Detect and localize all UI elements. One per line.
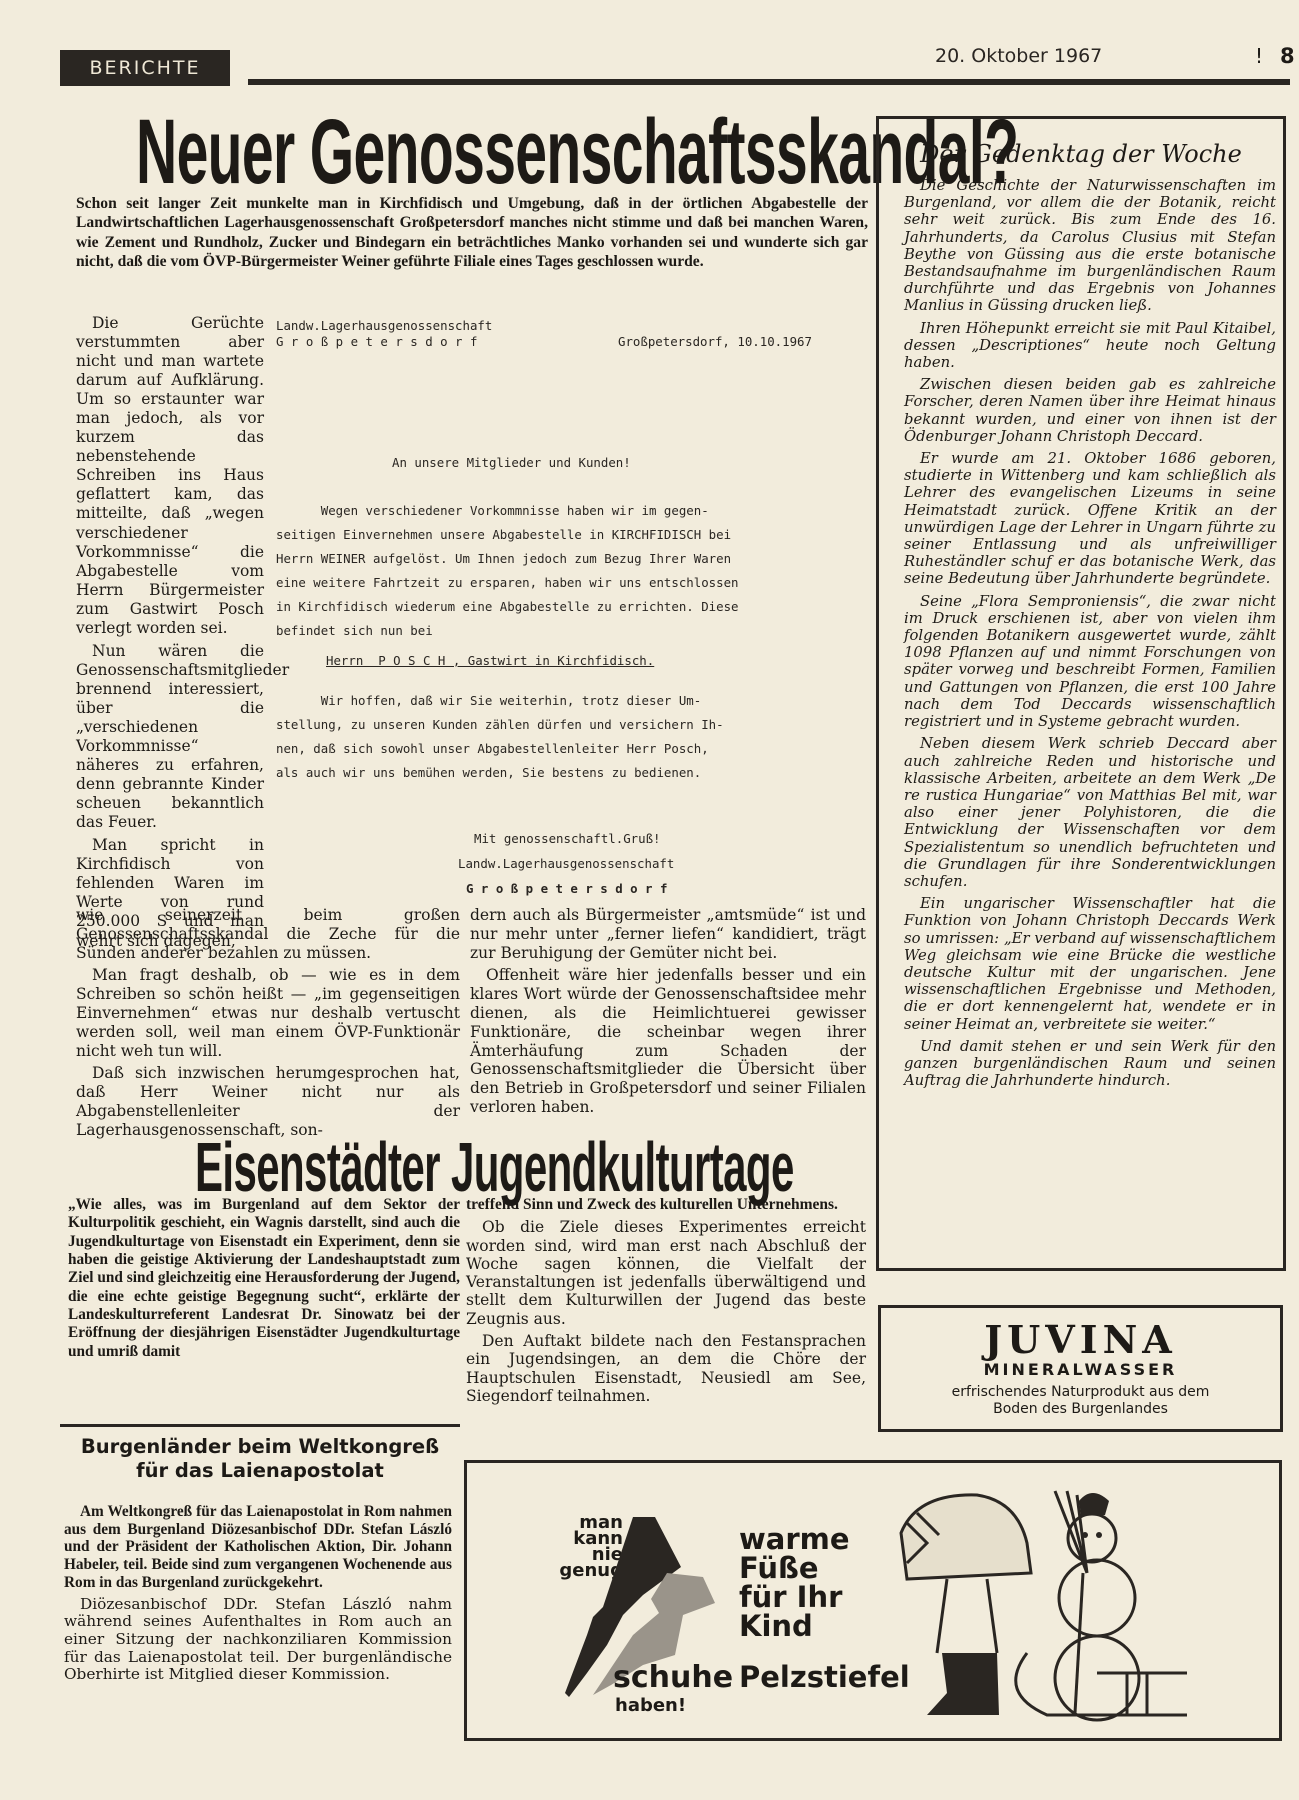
paragraph: Diözesanbischof DDr. Stefan László nahm … (64, 1596, 452, 1685)
ad-slogan-end: haben! (615, 1695, 686, 1716)
letter-line: befindet sich nun bei (276, 623, 433, 638)
headline-line: für Ihr (739, 1583, 850, 1612)
letter-line: eine weitere Fahrtzeit zu ersparen, habe… (276, 575, 739, 590)
headline-line: warme (739, 1525, 850, 1554)
letter-line: als auch wir uns bemühen werden, Sie bes… (276, 765, 701, 780)
paragraph: wie seinerzeit beim großen Genossenschaf… (76, 906, 460, 962)
article-lead: Schon seit langer Zeit munkelte man in K… (76, 194, 868, 271)
advertisement-shoes: man kann nie genug schuhe haben! warme F… (464, 1460, 1282, 1741)
article-lead: „Wie alles, was im Burgenland auf dem Se… (68, 1196, 460, 1361)
article-column-left: wie seinerzeit beim großen Genossenschaf… (76, 906, 460, 1144)
paragraph: Zwischen diesen beiden gab es zahlreiche… (904, 376, 1276, 445)
header-rule (248, 79, 1290, 85)
ad-brand: JUVINA (881, 1320, 1280, 1360)
article-headline: Burgenländer beim Weltkongreß für das La… (60, 1435, 460, 1483)
letter-sender: Landw.Lagerhausgenossenschaft (276, 318, 492, 333)
letter-line: nen, daß sich sowohl unser Abgabestellen… (276, 741, 709, 756)
ad-tagline: erfrischendes Naturprodukt aus dem Boden… (881, 1384, 1280, 1418)
ad-headline: warme Füße für Ihr Kind (739, 1525, 850, 1641)
child-sled-snowman-illustration-icon (887, 1483, 1207, 1723)
letter-line: in Kirchfidisch wiederum eine Abgabestel… (276, 599, 739, 614)
article-column-right: dern auch als Bürgermeister „amtsmüde“ i… (470, 906, 866, 1121)
ad-tagline-line: erfrischendes Naturprodukt aus dem (881, 1384, 1280, 1401)
paragraph: Den Auftakt bildete nach den Festansprac… (466, 1332, 866, 1405)
paragraph: Man fragt deshalb, ob — wie es in dem Sc… (76, 966, 460, 1060)
paragraph: Am Weltkongreß für das Laienapostolat in… (64, 1503, 452, 1592)
letter-line: stellung, zu unseren Kunden zählen dürfe… (276, 717, 724, 732)
page-number: 8 (1280, 44, 1295, 68)
paragraph: Nun wären die Genossenschaftsmitglieder … (76, 642, 264, 832)
article-column-right: treffend Sinn und Zweck des kulturellen … (466, 1196, 866, 1409)
article-headline: Eisenstädter Jugendkulturtage (195, 1127, 794, 1207)
letter-line: Wir hoffen, daß wir Sie weiterhin, trotz… (276, 693, 701, 708)
paragraph: dern auch als Bürgermeister „amtsmüde“ i… (470, 906, 866, 962)
paragraph: Ob die Ziele dieses Experimentes erreich… (466, 1218, 866, 1328)
section-tag: BERICHTE (60, 50, 230, 86)
section-divider (60, 1424, 460, 1427)
advertisement-juvina: JUVINA MINERALWASSER erfrischendes Natur… (878, 1305, 1283, 1432)
paragraph: Ihren Höhepunkt erreicht sie mit Paul Ki… (904, 320, 1276, 372)
paragraph: Neben diesem Werk schrieb Deccard aber a… (904, 735, 1276, 890)
paragraph: Er wurde am 21. Oktober 1686 geboren, st… (904, 450, 1276, 588)
letter-line: seitigen Einvernehmen unsere Abgabestell… (276, 527, 731, 542)
issue-date: 20. Oktober 1967 (935, 45, 1102, 67)
paragraph: treffend Sinn und Zweck des kulturellen … (466, 1196, 866, 1214)
paragraph: Die Geschichte der Naturwissenschaften i… (904, 177, 1276, 315)
letter-highlight: Herrn P O S C H , Gastwirt in Kirchfidis… (326, 653, 654, 668)
ad-product: Pelzstiefel (739, 1663, 910, 1692)
letter-line: Wegen verschiedener Vorkommnisse haben w… (276, 503, 709, 518)
headline-line: Füße (739, 1554, 850, 1583)
ad-slogan-big: schuhe (613, 1663, 733, 1692)
letter-place-date: Großpetersdorf, 10.10.1967 (618, 334, 812, 349)
ad-product: MINERALWASSER (881, 1360, 1280, 1380)
letter-signature-town: G r o ß p e t e r s d o r f (466, 881, 667, 896)
letter-closing: Mit genossenschaftl.Gruß! (474, 831, 661, 846)
letter-signature: Landw.Lagerhausgenossenschaft (458, 856, 674, 871)
letter-sender-town: G r o ß p e t e r s d o r f (276, 334, 477, 349)
headline-line: Burgenländer beim Weltkongreß (60, 1435, 460, 1459)
article-narrow-column: Die Gerüchte verstummten aber nicht und … (76, 314, 264, 955)
gedenktag-title: Der Gedenktag der Woche (876, 140, 1286, 168)
page-mark: ! (1255, 44, 1263, 68)
gedenktag-body: Die Geschichte der Naturwissenschaften i… (904, 177, 1276, 1094)
article-body: Am Weltkongreß für das Laienapostolat in… (64, 1503, 452, 1688)
letter-salutation: An unsere Mitglieder und Kunden! (392, 455, 631, 470)
paragraph: Offenheit wäre hier jedenfalls besser un… (470, 966, 866, 1116)
paragraph: Die Gerüchte verstummten aber nicht und … (76, 314, 264, 638)
letter-line: Herrn WEINER aufgelöst. Um Ihnen jedoch … (276, 551, 731, 566)
paragraph: Ein ungarischer Wissenschaftler hat die … (904, 895, 1276, 1033)
headline-line: für das Laienapostolat (60, 1459, 460, 1483)
paragraph: Seine „Flora Semproniensis“, die zwar ni… (904, 593, 1276, 731)
paragraph: Und damit stehen er und sein Werk für de… (904, 1038, 1276, 1090)
ad-tagline-line: Boden des Burgenlandes (881, 1401, 1280, 1418)
headline-line: Kind (739, 1612, 850, 1641)
